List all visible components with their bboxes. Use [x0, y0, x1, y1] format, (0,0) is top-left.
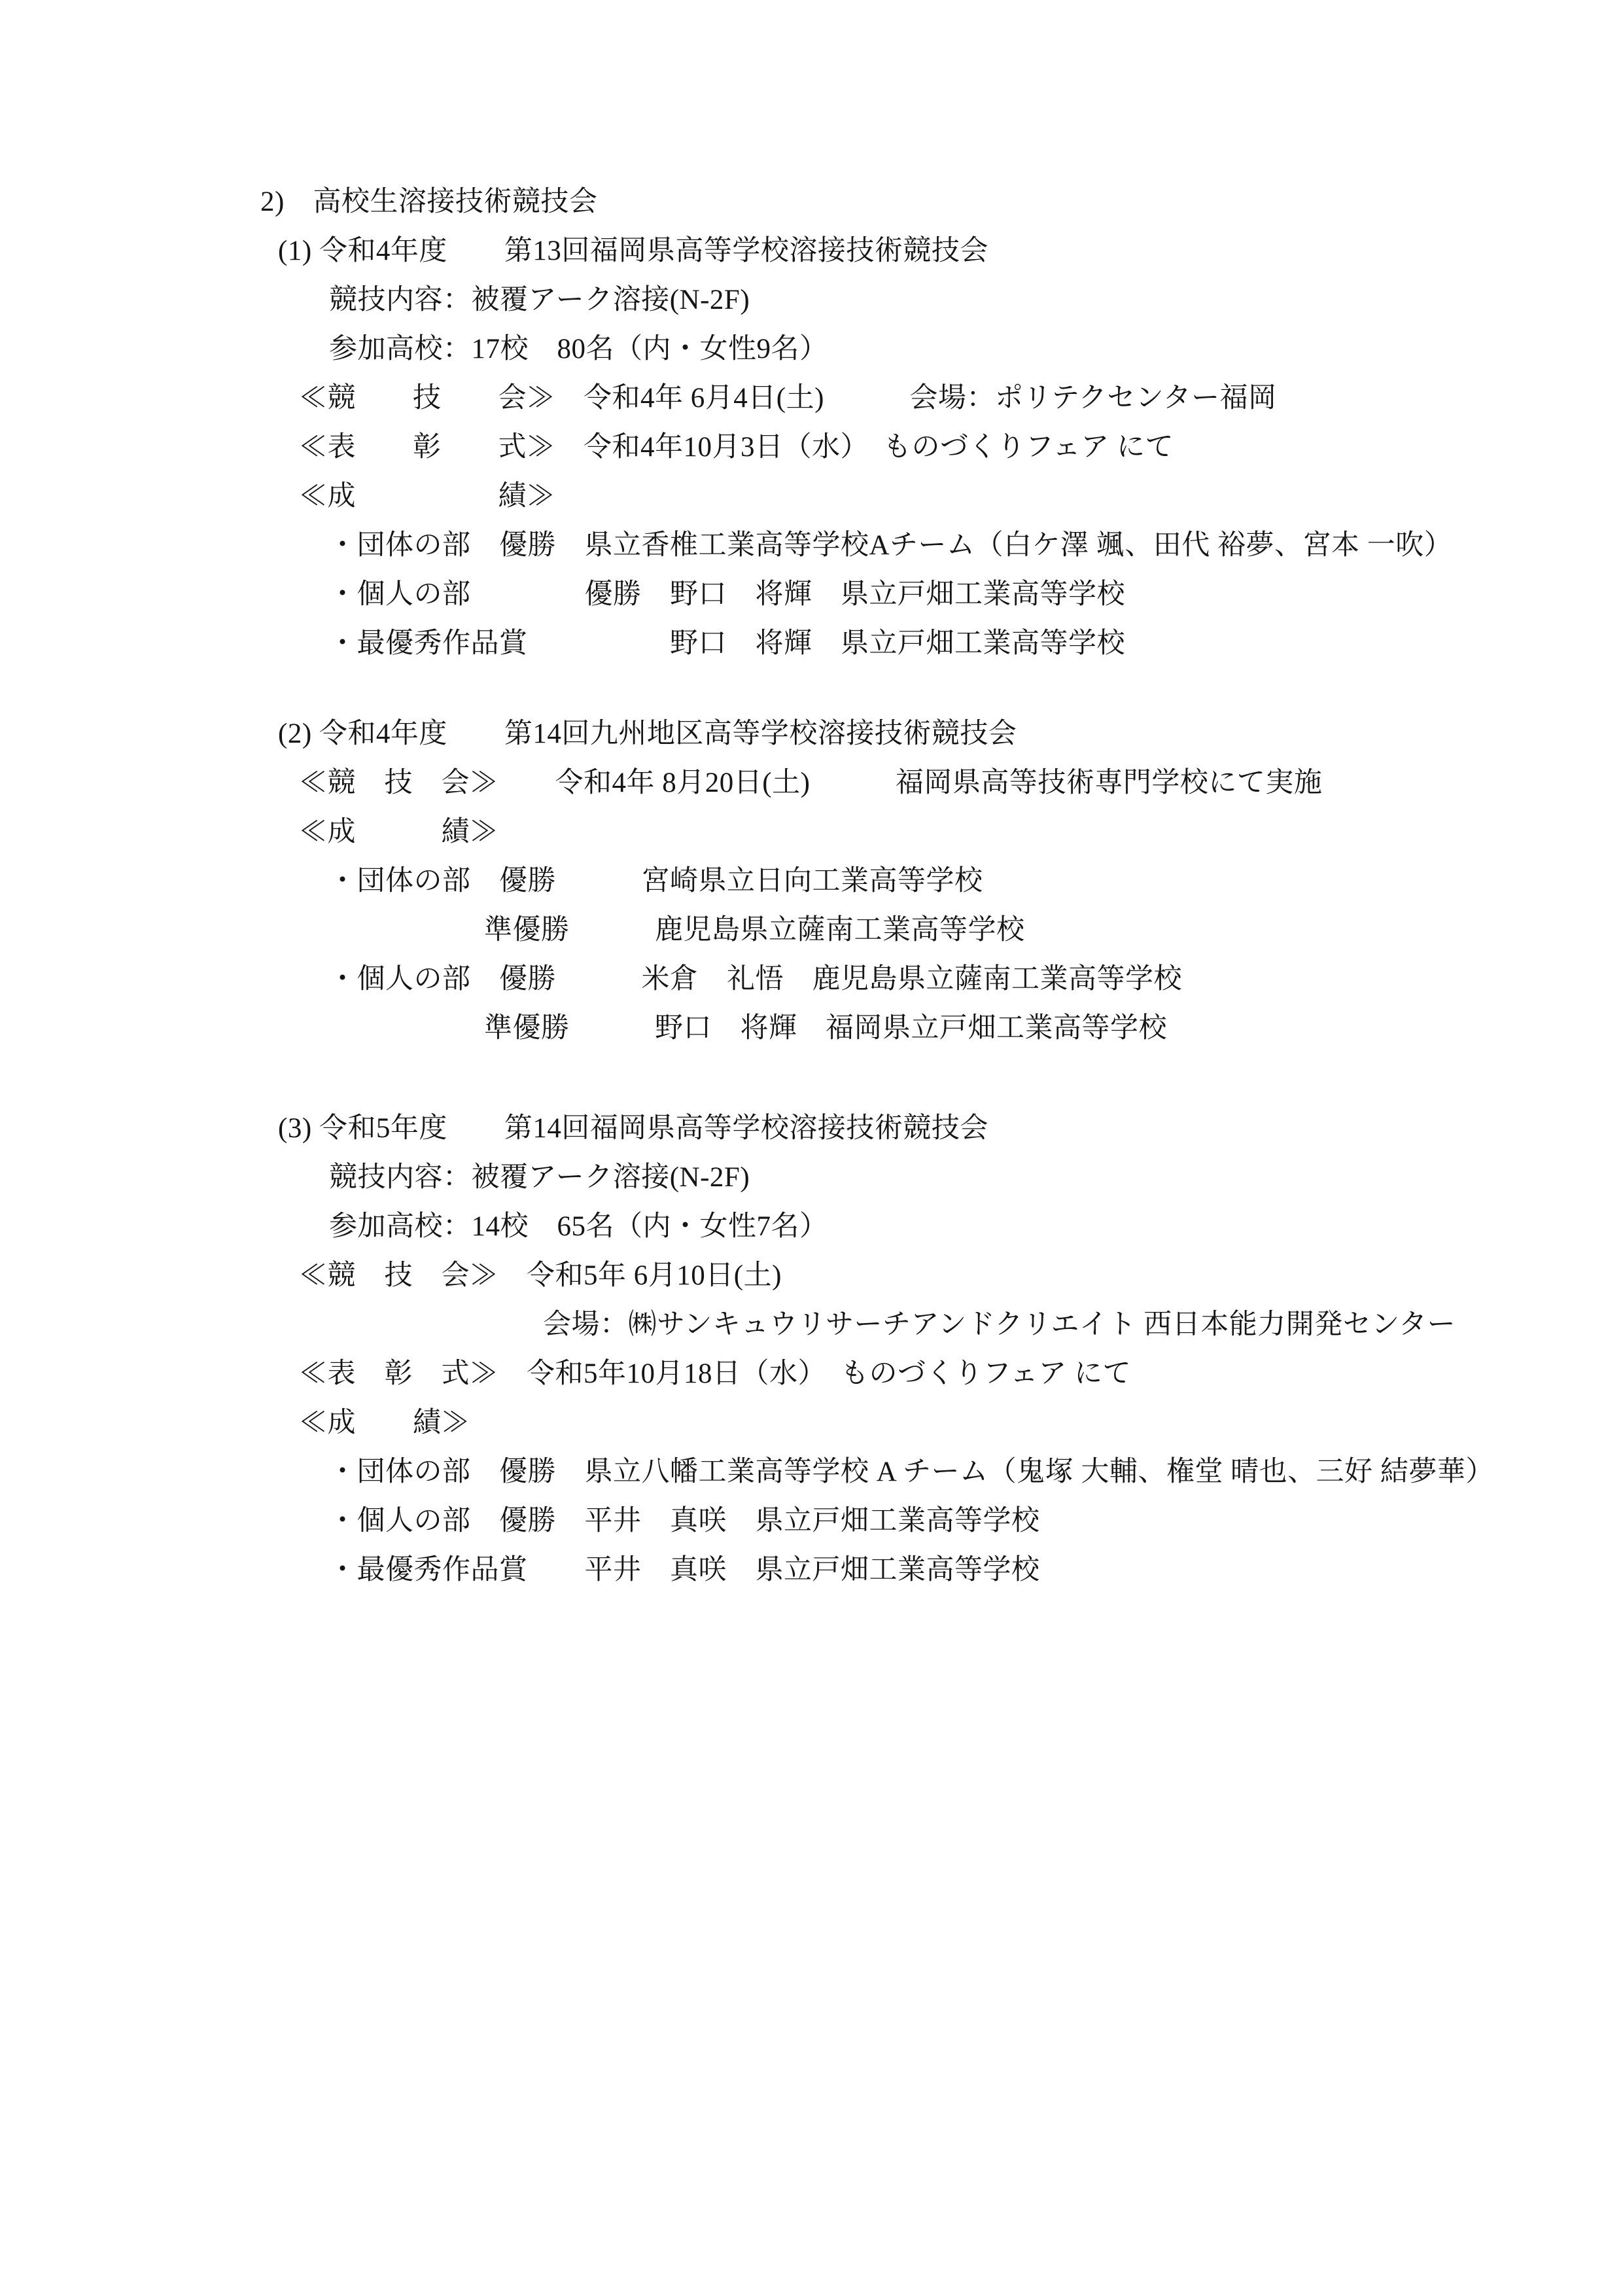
- section-3-result-best-work: ・最優秀作品賞 平井 真咲 県立戸畑工業高等学校: [328, 1545, 1601, 1595]
- section-2-results-header: ≪成 績≫: [299, 807, 1601, 857]
- section-3-result-team: ・団体の部 優勝 県立八幡工業高等学校 A チーム（鬼塚 大輔、権堂 晴也、三好…: [328, 1447, 1601, 1496]
- section-3-participants: 参加高校：14校 65名（内・女性7名）: [329, 1202, 1601, 1251]
- section-1-result-best-work: ・最優秀作品賞 野口 将輝 県立戸畑工業高等学校: [328, 619, 1601, 668]
- section-2-result-individual-runnerup: 準優勝 野口 将輝 福岡県立戸畑工業高等学校: [484, 1004, 1601, 1053]
- document-content: 2) 高校生溶接技術競技会 (1) 令和4年度 第13回福岡県高等学校溶接技術競…: [260, 177, 1601, 1595]
- section-1-heading: (1) 令和4年度 第13回福岡県高等学校溶接技術競技会: [278, 226, 1601, 275]
- section-1-content: 競技内容：被覆アーク溶接(N-2F): [329, 275, 1601, 325]
- section-2: (2) 令和4年度 第14回九州地区高等学校溶接技術競技会 ≪競 技 会≫ 令和…: [260, 709, 1601, 1053]
- doc-heading: 2) 高校生溶接技術競技会: [260, 177, 1601, 226]
- section-2-result-team-runnerup: 準優勝 鹿児島県立薩南工業高等学校: [484, 906, 1601, 955]
- section-3: (3) 令和5年度 第14回福岡県高等学校溶接技術競技会 競技内容：被覆アーク溶…: [260, 1104, 1601, 1595]
- section-2-heading: (2) 令和4年度 第14回九州地区高等学校溶接技術競技会: [278, 709, 1601, 758]
- section-1-participants: 参加高校：17校 80名（内・女性9名）: [329, 325, 1601, 374]
- section-2-competition: ≪競 技 会≫ 令和4年 8月20日(土) 福岡県高等技術専門学校にて実施: [299, 758, 1601, 807]
- section-1-result-team: ・団体の部 優勝 県立香椎工業高等学校Aチーム（白ケ澤 颯、田代 裕夢、宮本 一…: [328, 521, 1601, 570]
- section-3-results-header: ≪成 績≫: [299, 1398, 1601, 1447]
- section-3-ceremony: ≪表 彰 式≫ 令和5年10月18日（水） ものづくりフェア にて: [299, 1349, 1601, 1398]
- section-1: (1) 令和4年度 第13回福岡県高等学校溶接技術競技会 競技内容：被覆アーク溶…: [260, 226, 1601, 668]
- section-1-results-header: ≪成 績≫: [299, 472, 1601, 521]
- section-2-result-team-winner: ・団体の部 優勝 宮崎県立日向工業高等学校: [328, 857, 1601, 906]
- section-3-heading: (3) 令和5年度 第14回福岡県高等学校溶接技術競技会: [278, 1104, 1601, 1153]
- document-page: 2) 高校生溶接技術競技会 (1) 令和4年度 第13回福岡県高等学校溶接技術競…: [0, 0, 1623, 2296]
- section-1-result-individual: ・個人の部 優勝 野口 将輝 県立戸畑工業高等学校: [328, 570, 1601, 619]
- section-2-result-individual-winner: ・個人の部 優勝 米倉 礼悟 鹿児島県立薩南工業高等学校: [328, 955, 1601, 1004]
- section-1-competition: ≪競 技 会≫ 令和4年 6月4日(土) 会場：ポリテクセンター福岡: [299, 374, 1601, 423]
- section-3-venue: 会場：㈱サンキュウリサーチアンドクリエイト 西日本能力開発センター: [543, 1300, 1601, 1349]
- section-3-result-individual: ・個人の部 優勝 平井 真咲 県立戸畑工業高等学校: [328, 1496, 1601, 1545]
- section-1-ceremony: ≪表 彰 式≫ 令和4年10月3日（水） ものづくりフェア にて: [299, 423, 1601, 472]
- section-3-content: 競技内容：被覆アーク溶接(N-2F): [329, 1153, 1601, 1202]
- section-3-competition: ≪競 技 会≫ 令和5年 6月10日(土): [299, 1251, 1601, 1300]
